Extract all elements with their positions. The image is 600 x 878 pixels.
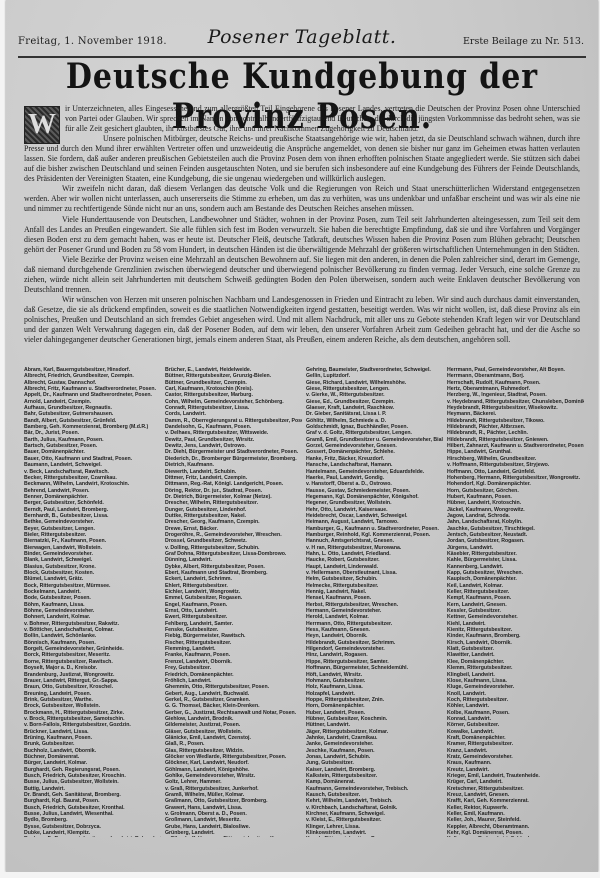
paragraph-text: ir Unterzeichneten, alles Eingesessene u… — [65, 104, 580, 133]
page-margin — [0, 872, 600, 878]
article-paragraph: W ir Unterzeichneten, alles Eingesessene… — [24, 104, 580, 134]
issue-number: Erste Beilage zu Nr. 513. — [463, 36, 584, 47]
signatory-entry: v. Ollendorff, Hermann, Rittergutsbesitz… — [165, 836, 302, 837]
signatory-entry: Dittmann, Reg.-Rat, Königl. Landgericht,… — [165, 481, 302, 487]
masthead: Freitag, 1. November 1918. Posener Tageb… — [18, 22, 586, 58]
signatories-list: Abram, Karl, Bauerngutsbesitzer, Hinsdor… — [24, 367, 584, 837]
article-body: W ir Unterzeichneten, alles Eingesessene… — [24, 104, 580, 345]
signatory-column-3: Gehring, Baumeister, Stadtverordneter, S… — [306, 367, 443, 837]
signatory-entry: Hamburger, G., Kaufmann u. Stadtverordne… — [306, 526, 443, 532]
signatory-entry: Kellermann, R., Landwirt, Schlenkau. — [447, 836, 584, 837]
signatory-entry: Knaak, Rittergutsbesitzer, Posen. — [306, 836, 443, 837]
signatory-column-2: Brücher, E., Landwirt, Heidelweide.Büttn… — [165, 367, 302, 837]
signatory-entry: Gerber, G., Justizrat, Rechtsanwalt und … — [165, 710, 302, 716]
signatory-column-4: Herrmann, Paul, Gemeindevorsteher, Alt B… — [447, 367, 584, 837]
article-paragraph: Viele Bezirke der Provinz weisen eine Me… — [24, 255, 580, 295]
signatory-entry: Buchner, F., Bauerngutsbesitzer u. Landw… — [24, 836, 161, 837]
newspaper-page: Freitag, 1. November 1918. Posener Tageb… — [6, 0, 598, 872]
signatory-column-1: Abram, Karl, Bauerngutsbesitzer, Hinsdor… — [24, 367, 161, 837]
article-paragraph: Unsere polnischen Mitbürger, deutsche Re… — [24, 134, 580, 184]
signatory-entry: Hantelmann, Gemeindevorsteher, Eduardsfe… — [306, 469, 443, 475]
signatory-entry: Appelt, Dr., Kaufmann und Stadtverordnet… — [24, 392, 161, 398]
article-paragraph: Wir zweifeln nicht daran, daß diesem Ver… — [24, 184, 580, 214]
article-paragraph: Wir wünschen von Herzen mit unseren poln… — [24, 295, 580, 345]
drop-cap-ornament: W — [24, 106, 60, 144]
signatory-entry: Dr. Diehl, Bürgermeister und Stadtverord… — [165, 449, 302, 455]
article-paragraph: Viele Hunderttausende von Deutschen, Lan… — [24, 215, 580, 255]
